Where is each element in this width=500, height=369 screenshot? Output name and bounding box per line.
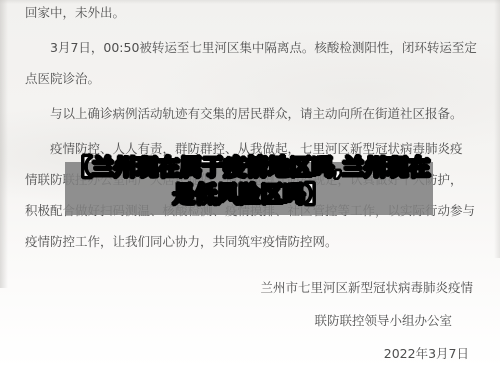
notice-line: 疫情防控工作，让我们同心协力，共同筑牢疫情防控网。 (25, 226, 480, 257)
page-edge-shadow-top (0, 0, 500, 4)
notice-line: 回家中，未外出。 (25, 0, 480, 28)
signature-date: 2022年3月7日 (0, 337, 500, 369)
notice-line: 与以上确诊病例活动轨迹有交集的居民群众，请主动向所在街道社区报备。 (25, 98, 480, 129)
caption-line-1: 【兰州现在属于疫情地区吗,兰州现在 (0, 155, 500, 182)
caption-line-2: 是低风险区吗】 (0, 182, 500, 209)
notice-document: 回家中，未外出。 3月7日，00:50被转运至七里河区集中隔离点。核酸检测阳性，… (25, 0, 480, 257)
signature-org-line1: 兰州市七里河区新型冠状病毒肺炎疫情 (0, 271, 500, 304)
notice-line: 点医院诊治。 (25, 63, 480, 94)
page-edge-shadow-left (0, 0, 8, 288)
caption-overlay: 【兰州现在属于疫情地区吗,兰州现在 是低风险区吗】 (0, 155, 500, 209)
signature-org-line2: 联防联控领导小组办公室 (0, 304, 500, 337)
notice-line: 3月7日，00:50被转运至七里河区集中隔离点。核酸检测阳性，闭环转运至定 (25, 32, 480, 63)
page-edge-shadow-right (494, 0, 500, 258)
signature-block: 兰州市七里河区新型冠状病毒肺炎疫情 联防联控领导小组办公室 2022年3月7日 (0, 271, 500, 369)
